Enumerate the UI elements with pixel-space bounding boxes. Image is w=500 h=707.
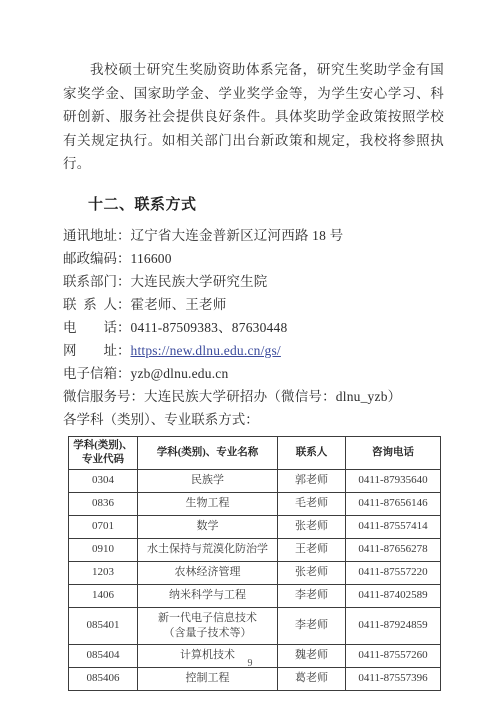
contact-line-wechat: 微信服务号：大连民族大学研招办（微信号：dlnu_yzb） — [63, 385, 444, 408]
table-cell: 0411-87656278 — [346, 538, 441, 561]
table-cell: 0411-87656146 — [346, 492, 441, 515]
contact-line-person: 联系人：霍老师、王老师 — [63, 293, 444, 316]
table-cell: 新一代电子信息技术（含量子技术等） — [138, 607, 278, 644]
contact-list: 通讯地址：辽宁省大连金普新区辽河西路 18 号 邮政编码：116600 联系部门… — [63, 224, 444, 431]
table-intro: 各学科（类别）、专业联系方式： — [63, 408, 444, 431]
section-heading: 十二、联系方式 — [88, 193, 444, 214]
contact-label: 联系部门 — [63, 270, 117, 293]
table-cell: 毛老师 — [278, 492, 346, 515]
table-header-cell: 学科(类别)、专业代码 — [69, 436, 138, 469]
table-cell: 控制工程 — [138, 667, 278, 690]
email-value: yzb@dlnu.edu.cn — [131, 366, 229, 381]
contact-label: 电话 — [63, 316, 117, 339]
contact-label: 微信服务号 — [63, 385, 131, 408]
label-colon: ： — [117, 366, 131, 381]
contact-value: 霍老师、王老师 — [131, 297, 227, 312]
contact-line-department: 联系部门：大连民族大学研究生院 — [63, 270, 444, 293]
table-cell: 0411-87402589 — [346, 584, 441, 607]
label-colon: ： — [117, 343, 131, 358]
table-cell: 0701 — [69, 515, 138, 538]
table-header-row: 学科(类别)、专业代码 学科(类别)、专业名称 联系人 咨询电话 — [69, 436, 441, 469]
contact-line-email: 电子信箱：yzb@dlnu.edu.cn — [63, 362, 444, 385]
contact-label: 联系人 — [63, 293, 117, 316]
table-row: 0910 水土保持与荒漠化防治学 王老师 0411-87656278 — [69, 538, 441, 561]
table-header-cell: 咨询电话 — [346, 436, 441, 469]
table-row: 0836 生物工程 毛老师 0411-87656146 — [69, 492, 441, 515]
label-colon: ： — [117, 228, 131, 243]
contact-value: 0411-87509383、87630448 — [131, 320, 288, 335]
table-cell: 数学 — [138, 515, 278, 538]
table-row: 085401 新一代电子信息技术（含量子技术等） 李老师 0411-879248… — [69, 607, 441, 644]
table-cell: 葛老师 — [278, 667, 346, 690]
contact-line-phone: 电话：0411-87509383、87630448 — [63, 316, 444, 339]
intro-paragraph: 我校硕士研究生奖励资助体系完备，研究生奖助学金有国家奖学金、国家助学金、学业奖学… — [63, 58, 444, 176]
table-cell: 纳米科学与工程 — [138, 584, 278, 607]
table-cell: 李老师 — [278, 607, 346, 644]
contact-value: 大连民族大学研招办（微信号：dlnu_yzb） — [144, 389, 401, 404]
contact-line-website: 网址：https://new.dlnu.edu.cn/gs/ — [63, 339, 444, 362]
table-cell: 0304 — [69, 469, 138, 492]
contact-value: 大连民族大学研究生院 — [131, 274, 268, 289]
table-row: 085406 控制工程 葛老师 0411-87557396 — [69, 667, 441, 690]
table-cell: 1406 — [69, 584, 138, 607]
table-row: 1203 农林经济管理 张老师 0411-87557220 — [69, 561, 441, 584]
table-cell-text: 新一代电子信息技术（含量子技术等） — [156, 611, 259, 641]
contact-label: 电子信箱 — [63, 362, 117, 385]
table-cell: 0411-87557220 — [346, 561, 441, 584]
table-cell: 生物工程 — [138, 492, 278, 515]
table-row: 0701 数学 张老师 0411-87557414 — [69, 515, 441, 538]
contact-label: 邮政编码 — [63, 247, 117, 270]
label-colon: ： — [117, 297, 131, 312]
table-cell: 0411-87557396 — [346, 667, 441, 690]
table-cell: 李老师 — [278, 584, 346, 607]
table-row: 0304 民族学 郭老师 0411-87935640 — [69, 469, 441, 492]
contact-value: 辽宁省大连金普新区辽河西路 18 号 — [131, 228, 344, 243]
table-cell: 1203 — [69, 561, 138, 584]
website-link[interactable]: https://new.dlnu.edu.cn/gs/ — [131, 343, 281, 358]
table-cell: 085406 — [69, 667, 138, 690]
contact-label: 通讯地址 — [63, 224, 117, 247]
table-cell: 0411-87935640 — [346, 469, 441, 492]
label-colon: ： — [117, 320, 131, 335]
label-colon: ： — [131, 389, 145, 404]
document-page: 我校硕士研究生奖励资助体系完备，研究生奖助学金有国家奖学金、国家助学金、学业奖学… — [0, 0, 500, 707]
contact-table: 学科(类别)、专业代码 学科(类别)、专业名称 联系人 咨询电话 0304 民族… — [68, 436, 441, 691]
table-cell: 王老师 — [278, 538, 346, 561]
contact-line-address: 通讯地址：辽宁省大连金普新区辽河西路 18 号 — [63, 224, 444, 247]
contact-value: 116600 — [131, 251, 172, 266]
table-cell: 085401 — [69, 607, 138, 644]
table-cell: 张老师 — [278, 515, 346, 538]
table-cell: 水土保持与荒漠化防治学 — [138, 538, 278, 561]
label-colon: ： — [117, 251, 131, 266]
table-cell: 0836 — [69, 492, 138, 515]
table-header-cell: 学科(类别)、专业名称 — [138, 436, 278, 469]
table-cell: 农林经济管理 — [138, 561, 278, 584]
contact-label: 网址 — [63, 339, 117, 362]
table-cell: 0411-87557414 — [346, 515, 441, 538]
table-header-cell: 联系人 — [278, 436, 346, 469]
page-number: 9 — [0, 658, 500, 669]
table-row: 1406 纳米科学与工程 李老师 0411-87402589 — [69, 584, 441, 607]
table-cell: 0910 — [69, 538, 138, 561]
table-cell: 郭老师 — [278, 469, 346, 492]
contact-line-postcode: 邮政编码：116600 — [63, 247, 444, 270]
table-cell: 张老师 — [278, 561, 346, 584]
table-cell: 0411-87924859 — [346, 607, 441, 644]
table-cell: 民族学 — [138, 469, 278, 492]
label-colon: ： — [117, 274, 131, 289]
